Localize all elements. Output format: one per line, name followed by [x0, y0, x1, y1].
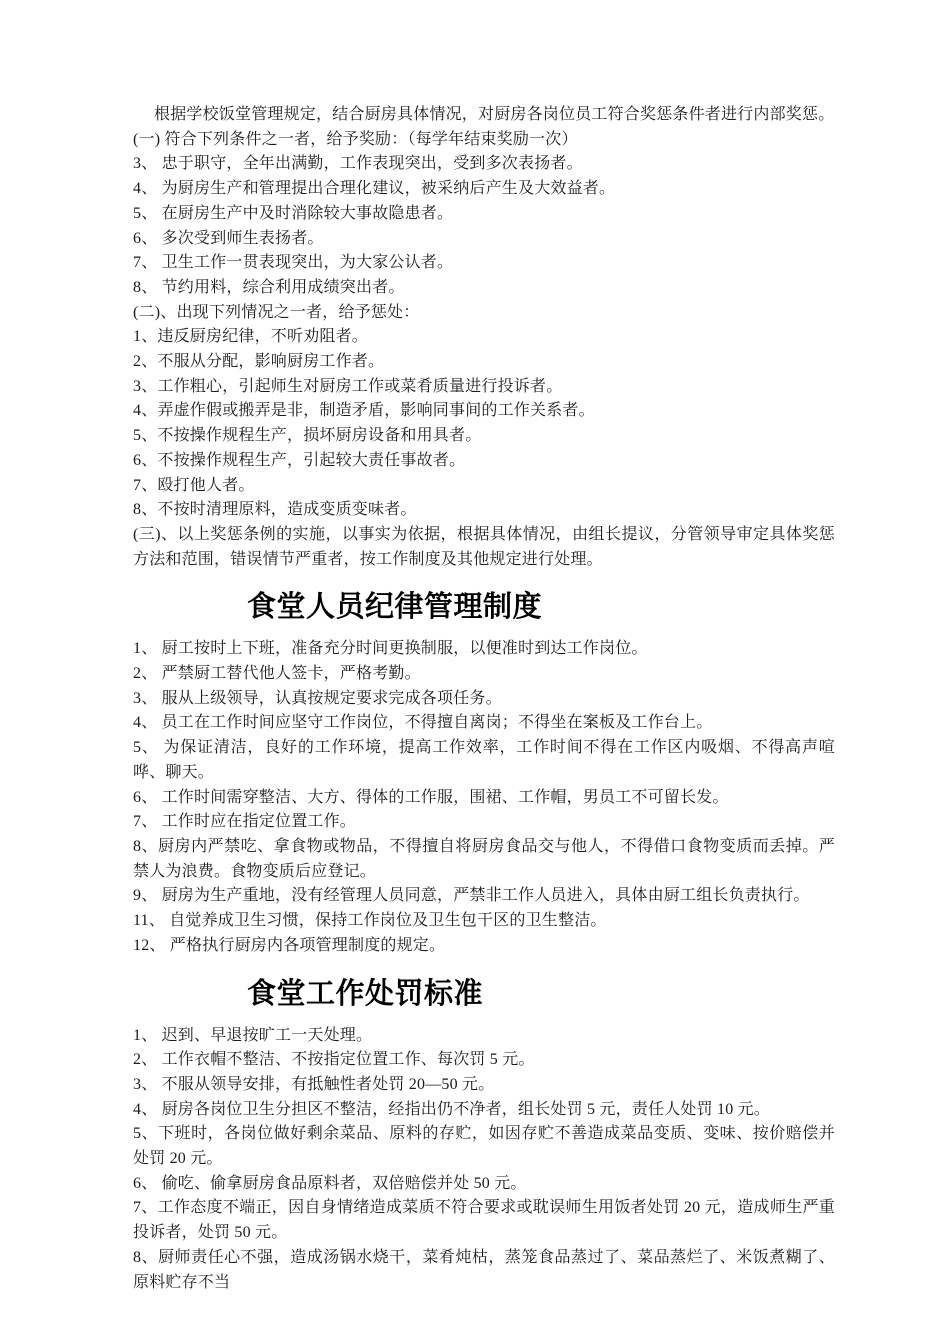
- penalty-item: 2、不服从分配，影响厨房工作者。: [133, 350, 835, 375]
- penalty-item: 5、不按操作规程生产，损坏厨房设备和用具者。: [133, 424, 835, 449]
- punishment-item: 2、 工作衣帽不整洁、不按指定位置工作、每次罚 5 元。: [133, 1048, 835, 1073]
- discipline-section-title: 食堂人员纪律管理制度: [247, 586, 835, 628]
- discipline-item: 8、厨房内严禁吃、拿食物或物品，不得擅自将厨房食品交与他人，不得借口食物变质而丢…: [133, 835, 835, 884]
- penalty-item: 4、弄虚作假或搬弄是非，制造矛盾，影响同事间的工作关系者。: [133, 399, 835, 424]
- punishment-item: 7、工作态度不端正，因自身情绪造成菜质不符合要求或耽误师生用饭者处罚 20 元，…: [133, 1196, 835, 1245]
- penalty-item: 3、工作粗心，引起师生对厨房工作或菜肴质量进行投诉者。: [133, 375, 835, 400]
- punishment-item: 6、 偷吃、偷拿厨房食品原料者，双倍赔偿并处 50 元。: [133, 1172, 835, 1197]
- reward-item: 3、 忠于职守，全年出满勤，工作表现突出，受到多次表扬者。: [133, 152, 835, 177]
- discipline-item: 11、 自觉养成卫生习惯，保持工作岗位及卫生包干区的卫生整洁。: [133, 909, 835, 934]
- intro-paragraph: 根据学校饭堂管理规定，结合厨房具体情况，对厨房各岗位员工符合奖惩条件者进行内部奖…: [133, 103, 835, 128]
- punishment-item: 1、 迟到、早退按旷工一天处理。: [133, 1024, 835, 1049]
- discipline-item: 1、 厨工按时上下班，准备充分时间更换制服，以便准时到达工作岗位。: [133, 637, 835, 662]
- penalty-item: 6、不按操作规程生产，引起较大责任事故者。: [133, 449, 835, 474]
- document-page: 根据学校饭堂管理规定，结合厨房具体情况，对厨房各岗位员工符合奖惩条件者进行内部奖…: [0, 0, 950, 1344]
- discipline-item: 12、 严格执行厨房内各项管理制度的规定。: [133, 934, 835, 959]
- punishment-item: 5、下班时，各岗位做好剩余菜品、原料的存贮，如因存贮不善造成菜品变质、变味、按价…: [133, 1122, 835, 1171]
- reward-item: 7、 卫生工作一贯表现突出，为大家公认者。: [133, 251, 835, 276]
- reward-item: 5、 在厨房生产中及时消除较大事故隐患者。: [133, 202, 835, 227]
- discipline-item: 3、 服从上级领导，认真按规定要求完成各项任务。: [133, 687, 835, 712]
- penalty-item: 8、不按时清理原料，造成变质变味者。: [133, 498, 835, 523]
- reward-section-header: (一) 符合下列条件之一者，给予奖励：（每学年结束奖励一次）: [133, 128, 835, 153]
- discipline-item: 9、 厨房为生产重地，没有经管理人员同意，严禁非工作人员进入，具体由厨工组长负责…: [133, 884, 835, 909]
- punishment-section-title: 食堂工作处罚标准: [247, 973, 835, 1015]
- discipline-item: 7、 工作时应在指定位置工作。: [133, 810, 835, 835]
- punishment-item: 3、 不服从领导安排，有抵触性者处罚 20—50 元。: [133, 1073, 835, 1098]
- punishment-item: 8、厨师责任心不强，造成汤锅水烧干，菜肴炖枯，蒸笼食品蒸过了、菜品蒸烂了、米饭煮…: [133, 1246, 835, 1295]
- punishment-item: 4、 厨房各岗位卫生分担区不整洁，经指出仍不净者，组长处罚 5 元，责任人处罚 …: [133, 1098, 835, 1123]
- penalty-section-header: (二)、出现下列情况之一者，给予惩处：: [133, 301, 835, 326]
- discipline-item: 2、 严禁厨工替代他人签卡，严格考勤。: [133, 662, 835, 687]
- discipline-item: 4、 员工在工作时间应坚守工作岗位，不得擅自离岗；不得坐在案板及工作台上。: [133, 711, 835, 736]
- reward-item: 8、 节约用料，综合利用成绩突出者。: [133, 276, 835, 301]
- implementation-clause: (三)、以上奖惩条例的实施，以事实为依据，根据具体情况，由组长提议，分管领导审定…: [133, 523, 835, 572]
- discipline-item: 5、 为保证清洁，良好的工作环境，提高工作效率，工作时间不得在工作区内吸烟、不得…: [133, 736, 835, 785]
- discipline-item: 6、 工作时间需穿整洁、大方、得体的工作服，围裙、工作帽，男员工不可留长发。: [133, 786, 835, 811]
- reward-item: 6、 多次受到师生表扬者。: [133, 227, 835, 252]
- penalty-item: 1、违反厨房纪律，不听劝阻者。: [133, 325, 835, 350]
- penalty-item: 7、殴打他人者。: [133, 474, 835, 499]
- reward-item: 4、 为厨房生产和管理提出合理化建议，被采纳后产生及大效益者。: [133, 177, 835, 202]
